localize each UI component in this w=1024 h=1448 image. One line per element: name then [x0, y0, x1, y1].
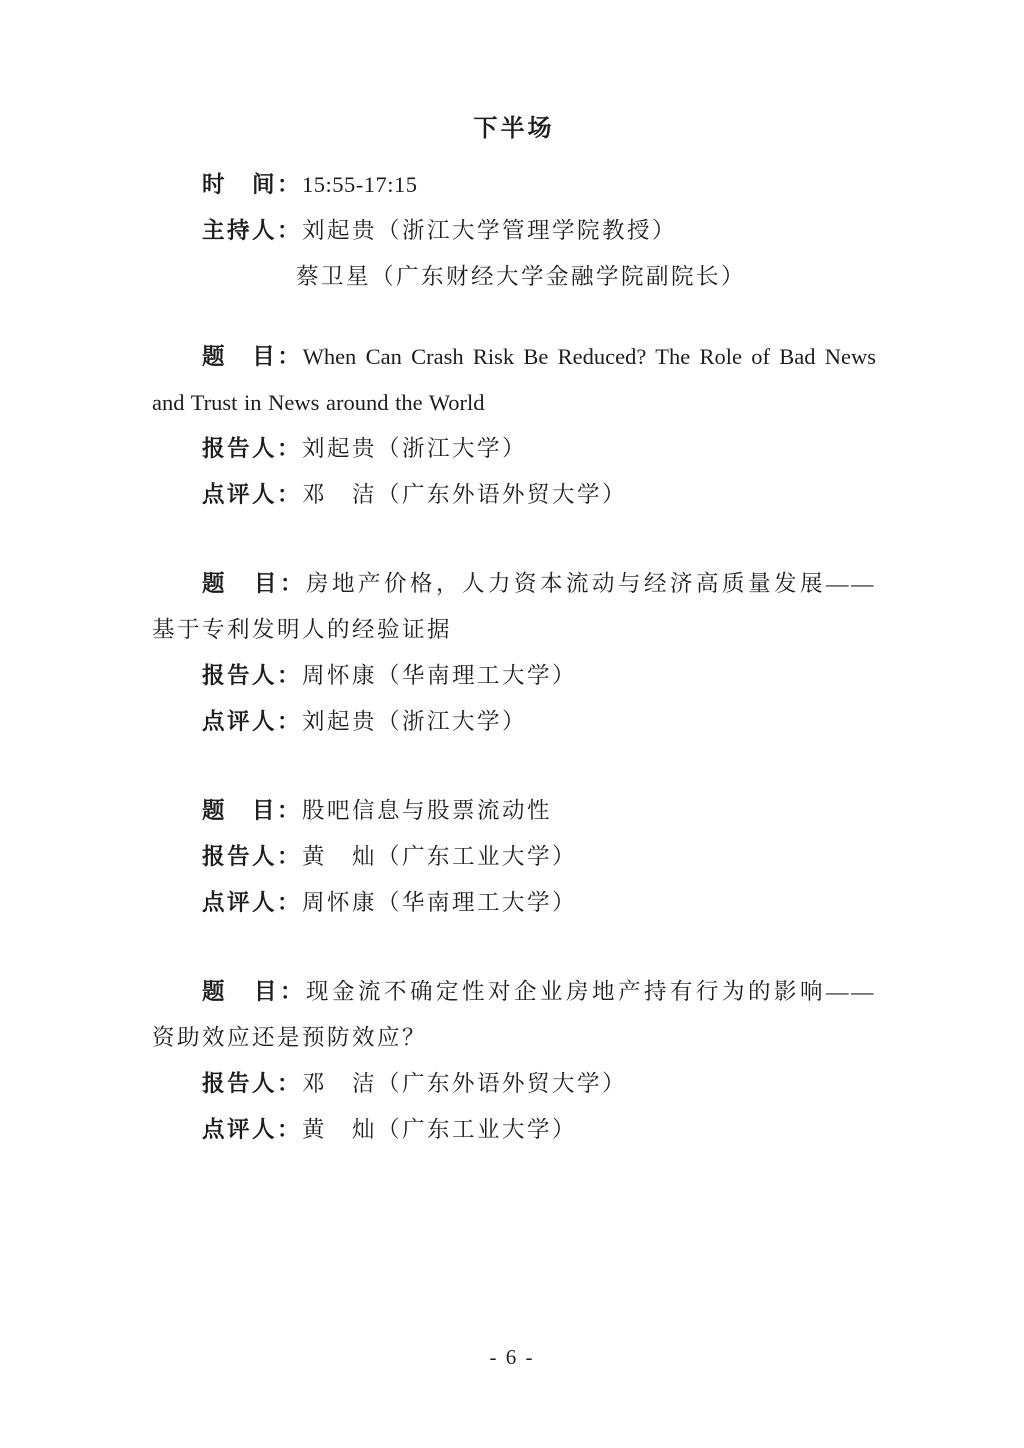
session-time-line: 时 间：15:55-17:15 — [152, 162, 876, 208]
time-label: 时 间： — [202, 172, 302, 197]
talk-3-title: 股吧信息与股票流动性 — [302, 798, 552, 823]
title-label: 题 目： — [202, 344, 303, 369]
discussant-label: 点评人： — [202, 890, 302, 915]
talk-1: 题 目：When Can Crash Risk Be Reduced? The … — [152, 334, 876, 518]
talk-1-discussant: 邓 洁（广东外语外贸大学） — [302, 482, 627, 507]
talk-3-discussant: 周怀康（华南理工大学） — [302, 890, 577, 915]
talk-2-discussant-line: 点评人：刘起贵（浙江大学） — [152, 699, 876, 745]
talk-3-speaker: 黄 灿（广东工业大学） — [302, 844, 577, 869]
talk-4: 题 目：现金流不确定性对企业房地产持有行为的影响——资助效应还是预防效应？ 报告… — [152, 969, 876, 1153]
talk-1-discussant-line: 点评人：邓 洁（广东外语外贸大学） — [152, 472, 876, 518]
page-content: 下半场 时 间：15:55-17:15 主持人：刘起贵（浙江大学管理学院教授） … — [152, 112, 876, 1153]
discussant-label: 点评人： — [202, 1117, 302, 1142]
chair-label: 主持人： — [202, 218, 302, 243]
title-label: 题 目： — [202, 979, 306, 1004]
talk-4-discussant: 黄 灿（广东工业大学） — [302, 1117, 577, 1142]
talk-4-speaker-line: 报告人：邓 洁（广东外语外贸大学） — [152, 1061, 876, 1107]
talk-3-speaker-line: 报告人：黄 灿（广东工业大学） — [152, 834, 876, 880]
talk-4-speaker: 邓 洁（广东外语外贸大学） — [302, 1071, 627, 1096]
talk-2-title-line: 题 目：房地产价格，人力资本流动与经济高质量发展——基于专利发明人的经验证据 — [152, 561, 876, 653]
page-number: - 6 - — [0, 1345, 1024, 1370]
time-value: 15:55-17:15 — [302, 172, 418, 197]
discussant-label: 点评人： — [202, 482, 302, 507]
speaker-label: 报告人： — [202, 844, 302, 869]
talk-1-speaker: 刘起贵（浙江大学） — [302, 436, 527, 461]
title-label: 题 目： — [202, 571, 306, 596]
talk-2-discussant: 刘起贵（浙江大学） — [302, 709, 527, 734]
session-chair-line-2: 蔡卫星（广东财经大学金融学院副院长） — [152, 254, 876, 300]
talk-3-discussant-line: 点评人：周怀康（华南理工大学） — [152, 880, 876, 926]
chair-2: 蔡卫星（广东财经大学金融学院副院长） — [296, 264, 746, 289]
speaker-label: 报告人： — [202, 1071, 302, 1096]
talk-2: 题 目：房地产价格，人力资本流动与经济高质量发展——基于专利发明人的经验证据 报… — [152, 561, 876, 745]
talk-1-title-line: 题 目：When Can Crash Risk Be Reduced? The … — [152, 334, 876, 426]
speaker-label: 报告人： — [202, 436, 302, 461]
section-title: 下半场 — [152, 112, 876, 146]
talk-2-speaker-line: 报告人：周怀康（华南理工大学） — [152, 653, 876, 699]
session-chair-line-1: 主持人：刘起贵（浙江大学管理学院教授） — [152, 208, 876, 254]
talk-2-speaker: 周怀康（华南理工大学） — [302, 663, 577, 688]
title-label: 题 目： — [202, 798, 302, 823]
talk-1-speaker-line: 报告人：刘起贵（浙江大学） — [152, 426, 876, 472]
talk-3-title-line: 题 目：股吧信息与股票流动性 — [152, 788, 876, 834]
speaker-label: 报告人： — [202, 663, 302, 688]
chair-1: 刘起贵（浙江大学管理学院教授） — [302, 218, 677, 243]
talk-4-title-line: 题 目：现金流不确定性对企业房地产持有行为的影响——资助效应还是预防效应？ — [152, 969, 876, 1061]
talk-4-discussant-line: 点评人：黄 灿（广东工业大学） — [152, 1107, 876, 1153]
document-page: 下半场 时 间：15:55-17:15 主持人：刘起贵（浙江大学管理学院教授） … — [0, 0, 1024, 1448]
discussant-label: 点评人： — [202, 709, 302, 734]
talk-3: 题 目：股吧信息与股票流动性 报告人：黄 灿（广东工业大学） 点评人：周怀康（华… — [152, 788, 876, 926]
